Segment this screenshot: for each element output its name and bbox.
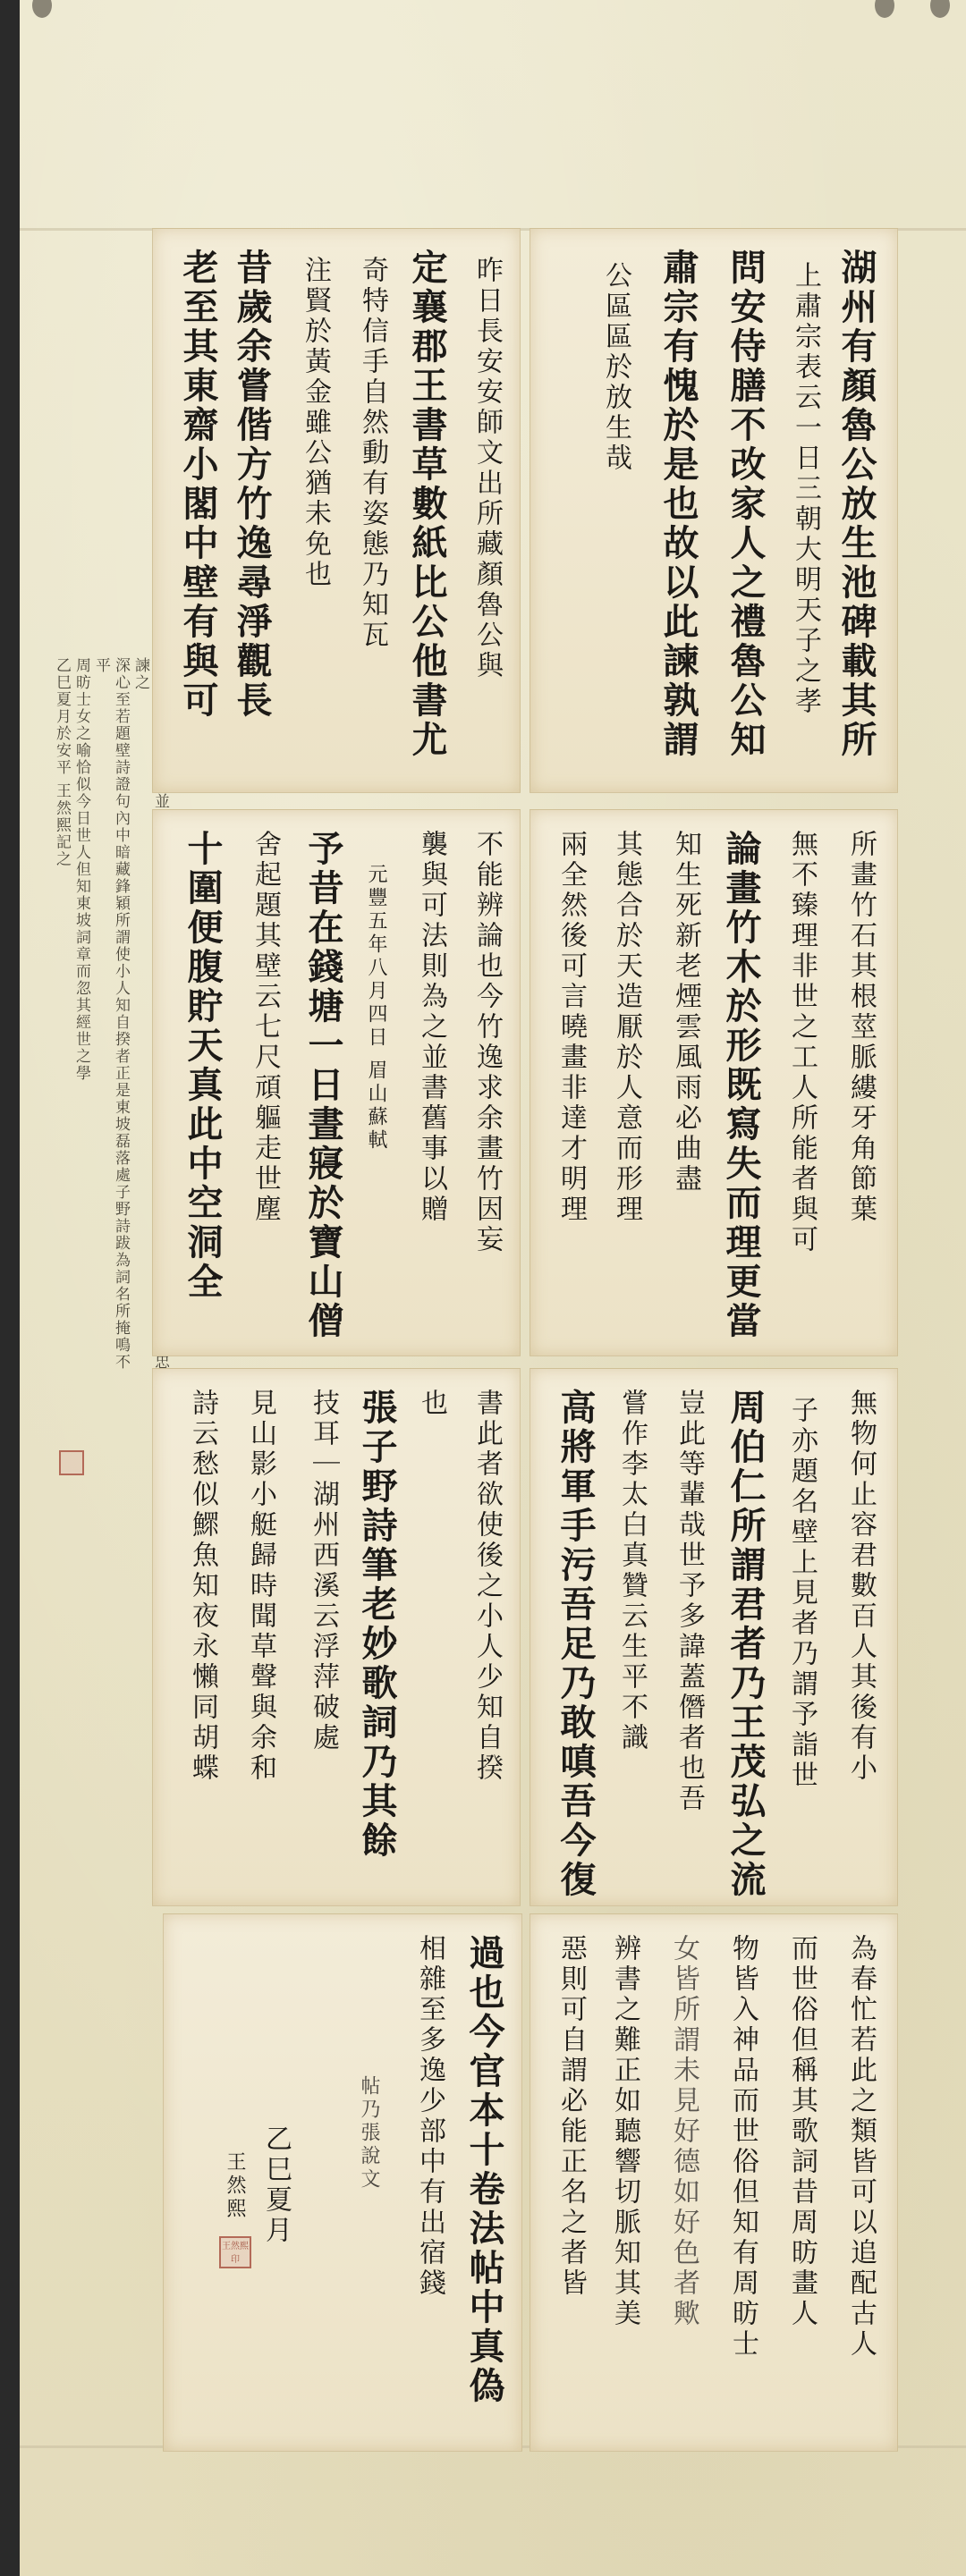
text-column: 所畫竹石其根莖脈縷牙角節葉 — [847, 830, 874, 1225]
text-column: 而世俗但稱其歌詞昔周昉畫人 — [788, 1934, 815, 2329]
text-column: 奇特信手自然動有姿態乃知瓦 — [359, 256, 386, 651]
panel-3-left: 書此者欲使後之小人少知自揆 也 張子野詩筆老妙歌詞乃其餘 技耳｜湖州西溪云浮萍破… — [152, 1368, 521, 1906]
text-column: 肅宗有愧於是也故以此諫孰謂 — [660, 249, 696, 760]
text-column: 高將軍手污吾足乃敢嗔吾今復 — [557, 1389, 593, 1900]
text-column: 無物何止容君數百人其後有小 — [847, 1389, 874, 1784]
text-column: 上肅宗表云一日三朝大明天子之孝 — [792, 261, 818, 717]
panel-2-left: 不能辨論也今竹逸求余畫竹因妄 襲與可法則為之並書舊事以贈 元豐五年八月四日 眉山… — [152, 809, 521, 1356]
text-column: 詩云愁似鰥魚知夜永懶同胡蝶 — [189, 1389, 216, 1784]
panel-4-right: 為春忙若此之類皆可以追配古人 而世俗但稱其歌詞昔周昉畫人 物皆入神品而世俗但知有… — [530, 1913, 898, 2452]
text-column: 定襄郡王書草數紙比公他書尤 — [409, 249, 445, 760]
text-column: 老至其東齋小閣中壁有與可 — [180, 249, 216, 721]
colophon-seal — [59, 1450, 84, 1475]
text-column: 不能辨論也今竹逸求余畫竹因妄 — [473, 830, 500, 1255]
text-column: 昨日長安安師文出所藏顏魯公與 — [473, 256, 500, 681]
text-column: 其態合於天造厭於人意而形理 — [613, 830, 640, 1225]
text-column: 兩全然後可言曉畫非達才明理 — [557, 830, 584, 1225]
text-column: 問安侍膳不改家人之禮魯公知 — [727, 249, 763, 760]
panel-4-left: 過也今官本十卷法帖中真偽 相雜至多逸少部中有出宿錢 帖乃張說文 乙巳夏月 王然熙… — [163, 1913, 522, 2452]
text-column: 昔歲余嘗偕方竹逸尋淨觀長 — [233, 249, 269, 721]
date-inscription: 乙巳夏月 — [262, 2124, 289, 2246]
text-column: 也 — [418, 1389, 445, 1419]
text-column: 注賢於黃金雖公猶未免也 — [301, 256, 328, 590]
text-column: 豈此等輩哉世予多諱蓋僭者也吾 — [675, 1389, 702, 1814]
text-column: 技耳｜湖州西溪云浮萍破處 — [309, 1389, 336, 1753]
text-column: 為春忙若此之類皆可以追配古人 — [847, 1934, 874, 2360]
text-column: 女皆所謂未見好德如好色者歟 — [670, 1934, 697, 2329]
text-column: 無不臻理非世之工人所能者與可 — [788, 830, 815, 1255]
colophon-col: 乙巳夏月於安平 王然熙記之 — [52, 657, 72, 1372]
text-column: 湖州有顏魯公放生池碑載其所 — [838, 249, 874, 760]
text-column: 嘗作李太白真贊云生平不識 — [618, 1389, 645, 1753]
colophon-col: 周昉士女之喻恰似今日世人但知東坡詞章而忽其經世之學 — [72, 657, 91, 1372]
text-column: 書此者欲使後之小人少知自揆 — [473, 1389, 500, 1784]
text-column: 惡則可自謂必能正名之者皆 — [557, 1934, 584, 2299]
panel-1-left: 昨日長安安師文出所藏顏魯公與 定襄郡王書草數紙比公他書尤 奇特信手自然動有姿態乃… — [152, 228, 521, 793]
text-column: 物皆入神品而世俗但知有周昉士 — [729, 1934, 756, 2360]
text-column: 知生死新老煙雲風雨必曲盡 — [672, 830, 699, 1195]
panel-1-right: 湖州有顏魯公放生池碑載其所 上肅宗表云一日三朝大明天子之孝 問安侍膳不改家人之禮… — [530, 228, 898, 793]
text-column: 公區區於放生哉 — [602, 261, 629, 474]
text-column: 十圍便腹貯天真此中空洞全 — [184, 830, 220, 1302]
seal-text: 王然熙印 — [221, 2238, 250, 2265]
text-column: 論畫竹木於形既寫失而理更當 — [723, 830, 758, 1341]
text-column: 過也今官本十卷法帖中真偽 — [466, 1934, 502, 2406]
text-column: 予昔在錢塘一日晝寢於寶山僧 — [305, 830, 341, 1341]
text-column: 子亦題名壁上見者乃謂予詣世 — [788, 1396, 815, 1791]
text-column: 見山影小艇歸時聞草聲與余和 — [247, 1389, 274, 1784]
text-column: 辨書之難正如聽響切脈知其美 — [611, 1934, 638, 2329]
artist-signature: 王然熙 — [225, 2151, 244, 2221]
panel-3-right: 無物何止容君數百人其後有小 子亦題名壁上見者乃謂予詣世 周伯仁所謂君者乃王茂弘之… — [530, 1368, 898, 1906]
text-column: 張子野詩筆老妙歌詞乃其餘 — [359, 1389, 394, 1861]
panel-2-right: 所畫竹石其根莖脈縷牙角節葉 無不臻理非世之工人所能者與可 論畫竹木於形既寫失而理… — [530, 809, 898, 1356]
date-signature-column: 元豐五年八月四日 眉山蘇軾 — [366, 864, 386, 1153]
scroll-roller-edge — [0, 0, 20, 2576]
text-column: 襲與可法則為之並書舊事以贈 — [418, 830, 445, 1225]
text-column: 周伯仁所謂君者乃王茂弘之流 — [727, 1389, 763, 1900]
text-column: 舍起題其壁云七尺頑軀走世塵 — [251, 830, 278, 1225]
text-column: 相雜至多逸少部中有出宿錢 — [416, 1934, 443, 2299]
text-column: 帖乃張說文 — [359, 2075, 378, 2192]
artist-seal: 王然熙印 — [219, 2236, 251, 2268]
colophon-col: 深心至若題壁詩證句內中暗藏鋒穎所謂使小人知自揆者正是東坡磊落處子野詩跋為詞名所掩… — [91, 657, 131, 1372]
